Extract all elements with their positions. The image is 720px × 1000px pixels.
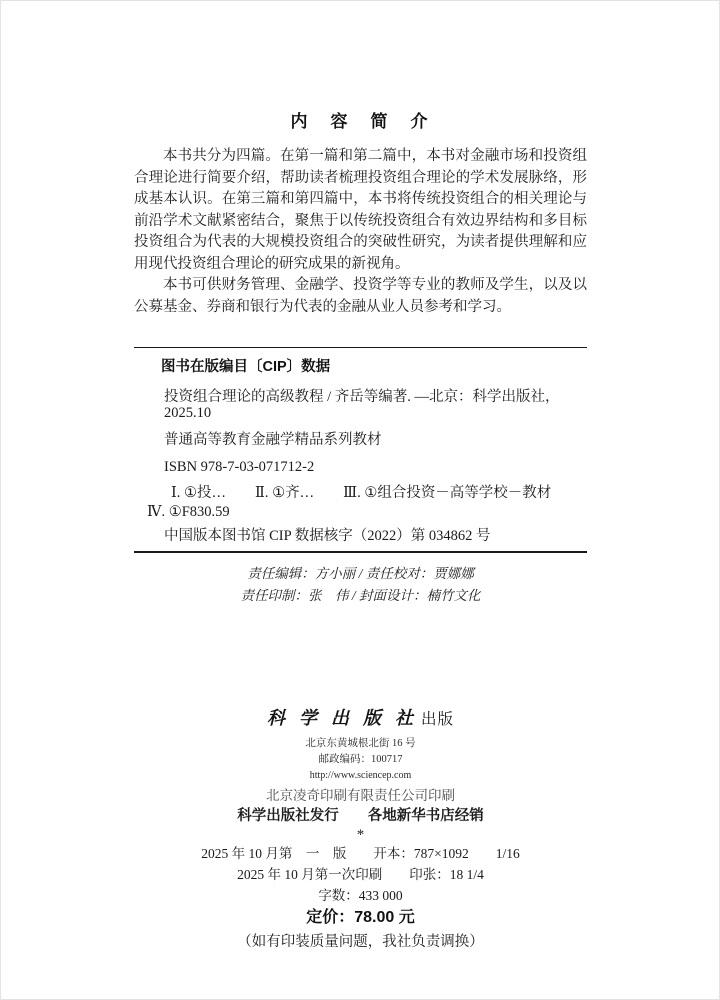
intro-paragraph-2: 本书可供财务管理、金融学、投资学等专业的教师及学生，以及以公募基金、券商和银行为… <box>134 275 587 318</box>
cip-record-number: 中国版本图书馆 CIP 数据核字（2022）第 034862 号 <box>164 528 587 544</box>
word-count-line: 字数：433 000 <box>134 888 587 903</box>
publisher-postcode: 邮政编码：100717 <box>134 754 587 766</box>
cip-classification-line-2: Ⅳ. ①F830.59 <box>147 504 587 520</box>
publisher-website: http://www.sciencep.com <box>134 770 587 781</box>
cip-classification-line-1: Ⅰ. ①投… Ⅱ. ①齐… Ⅲ. ①组合投资－高等学校－教材 <box>171 485 587 501</box>
cip-title-line: 投资组合理论的高级教程 / 齐岳等编著. —北京：科学出版社，2025.10 <box>164 389 587 421</box>
publisher-logo-suffix: 出版 <box>421 711 454 728</box>
page-content: 内 容 简 介 本书共分为四篇。在第一篇和第二篇中，本书对金融市场和投资组合理论… <box>1 1 719 950</box>
quality-note-line: （如有印装质量问题，我社负责调换） <box>134 934 587 950</box>
cip-series-line: 普通高等教育金融学精品系列教材 <box>164 432 587 448</box>
credits: 责任编辑：方小丽 / 责任校对：贾娜娜 责任印制：张 伟 / 封面设计：楠竹文化 <box>134 566 587 603</box>
publisher-address: 北京东黄城根北街 16 号 <box>134 738 587 750</box>
price-line: 定价：78.00 元 <box>134 909 587 927</box>
cip-box: 图书在版编目〔CIP〕数据 投资组合理论的高级教程 / 齐岳等编著. —北京：科… <box>134 347 587 553</box>
publisher-logo-line: 科学出版社出版 <box>134 708 587 730</box>
intro-paragraph-1: 本书共分为四篇。在第一篇和第二篇中，本书对金融市场和投资组合理论进行简要介绍，帮… <box>134 146 587 275</box>
intro-title: 内 容 简 介 <box>134 1 587 132</box>
copyright-page: 内 容 简 介 本书共分为四篇。在第一篇和第二篇中，本书对金融市场和投资组合理论… <box>0 0 720 1000</box>
credits-editors: 责任编辑：方小丽 / 责任校对：贾娜娜 <box>134 566 587 581</box>
impression-line: 2025 年 10 月第一次印刷 印张：18 1/4 <box>134 867 587 882</box>
publisher-logo-text: 科学出版社 <box>267 708 427 728</box>
printer-line: 北京凌奇印刷有限责任公司印刷 <box>134 788 587 803</box>
edition-line: 2025 年 10 月第 一 版 开本：787×1092 1/16 <box>134 846 587 861</box>
separator-star: * <box>134 829 587 842</box>
imprint-block: 科学出版社出版 北京东黄城根北街 16 号 邮政编码：100717 http:/… <box>134 708 587 950</box>
intro-paragraphs: 本书共分为四篇。在第一篇和第二篇中，本书对金融市场和投资组合理论进行简要介绍，帮… <box>134 146 587 318</box>
cip-isbn-line: ISBN 978-7-03-071712-2 <box>164 459 587 475</box>
credits-print-design: 责任印制：张 伟 / 封面设计：楠竹文化 <box>134 588 587 603</box>
distribution-line: 科学出版社发行 各地新华书店经销 <box>134 808 587 824</box>
cip-heading: 图书在版编目〔CIP〕数据 <box>161 355 587 376</box>
